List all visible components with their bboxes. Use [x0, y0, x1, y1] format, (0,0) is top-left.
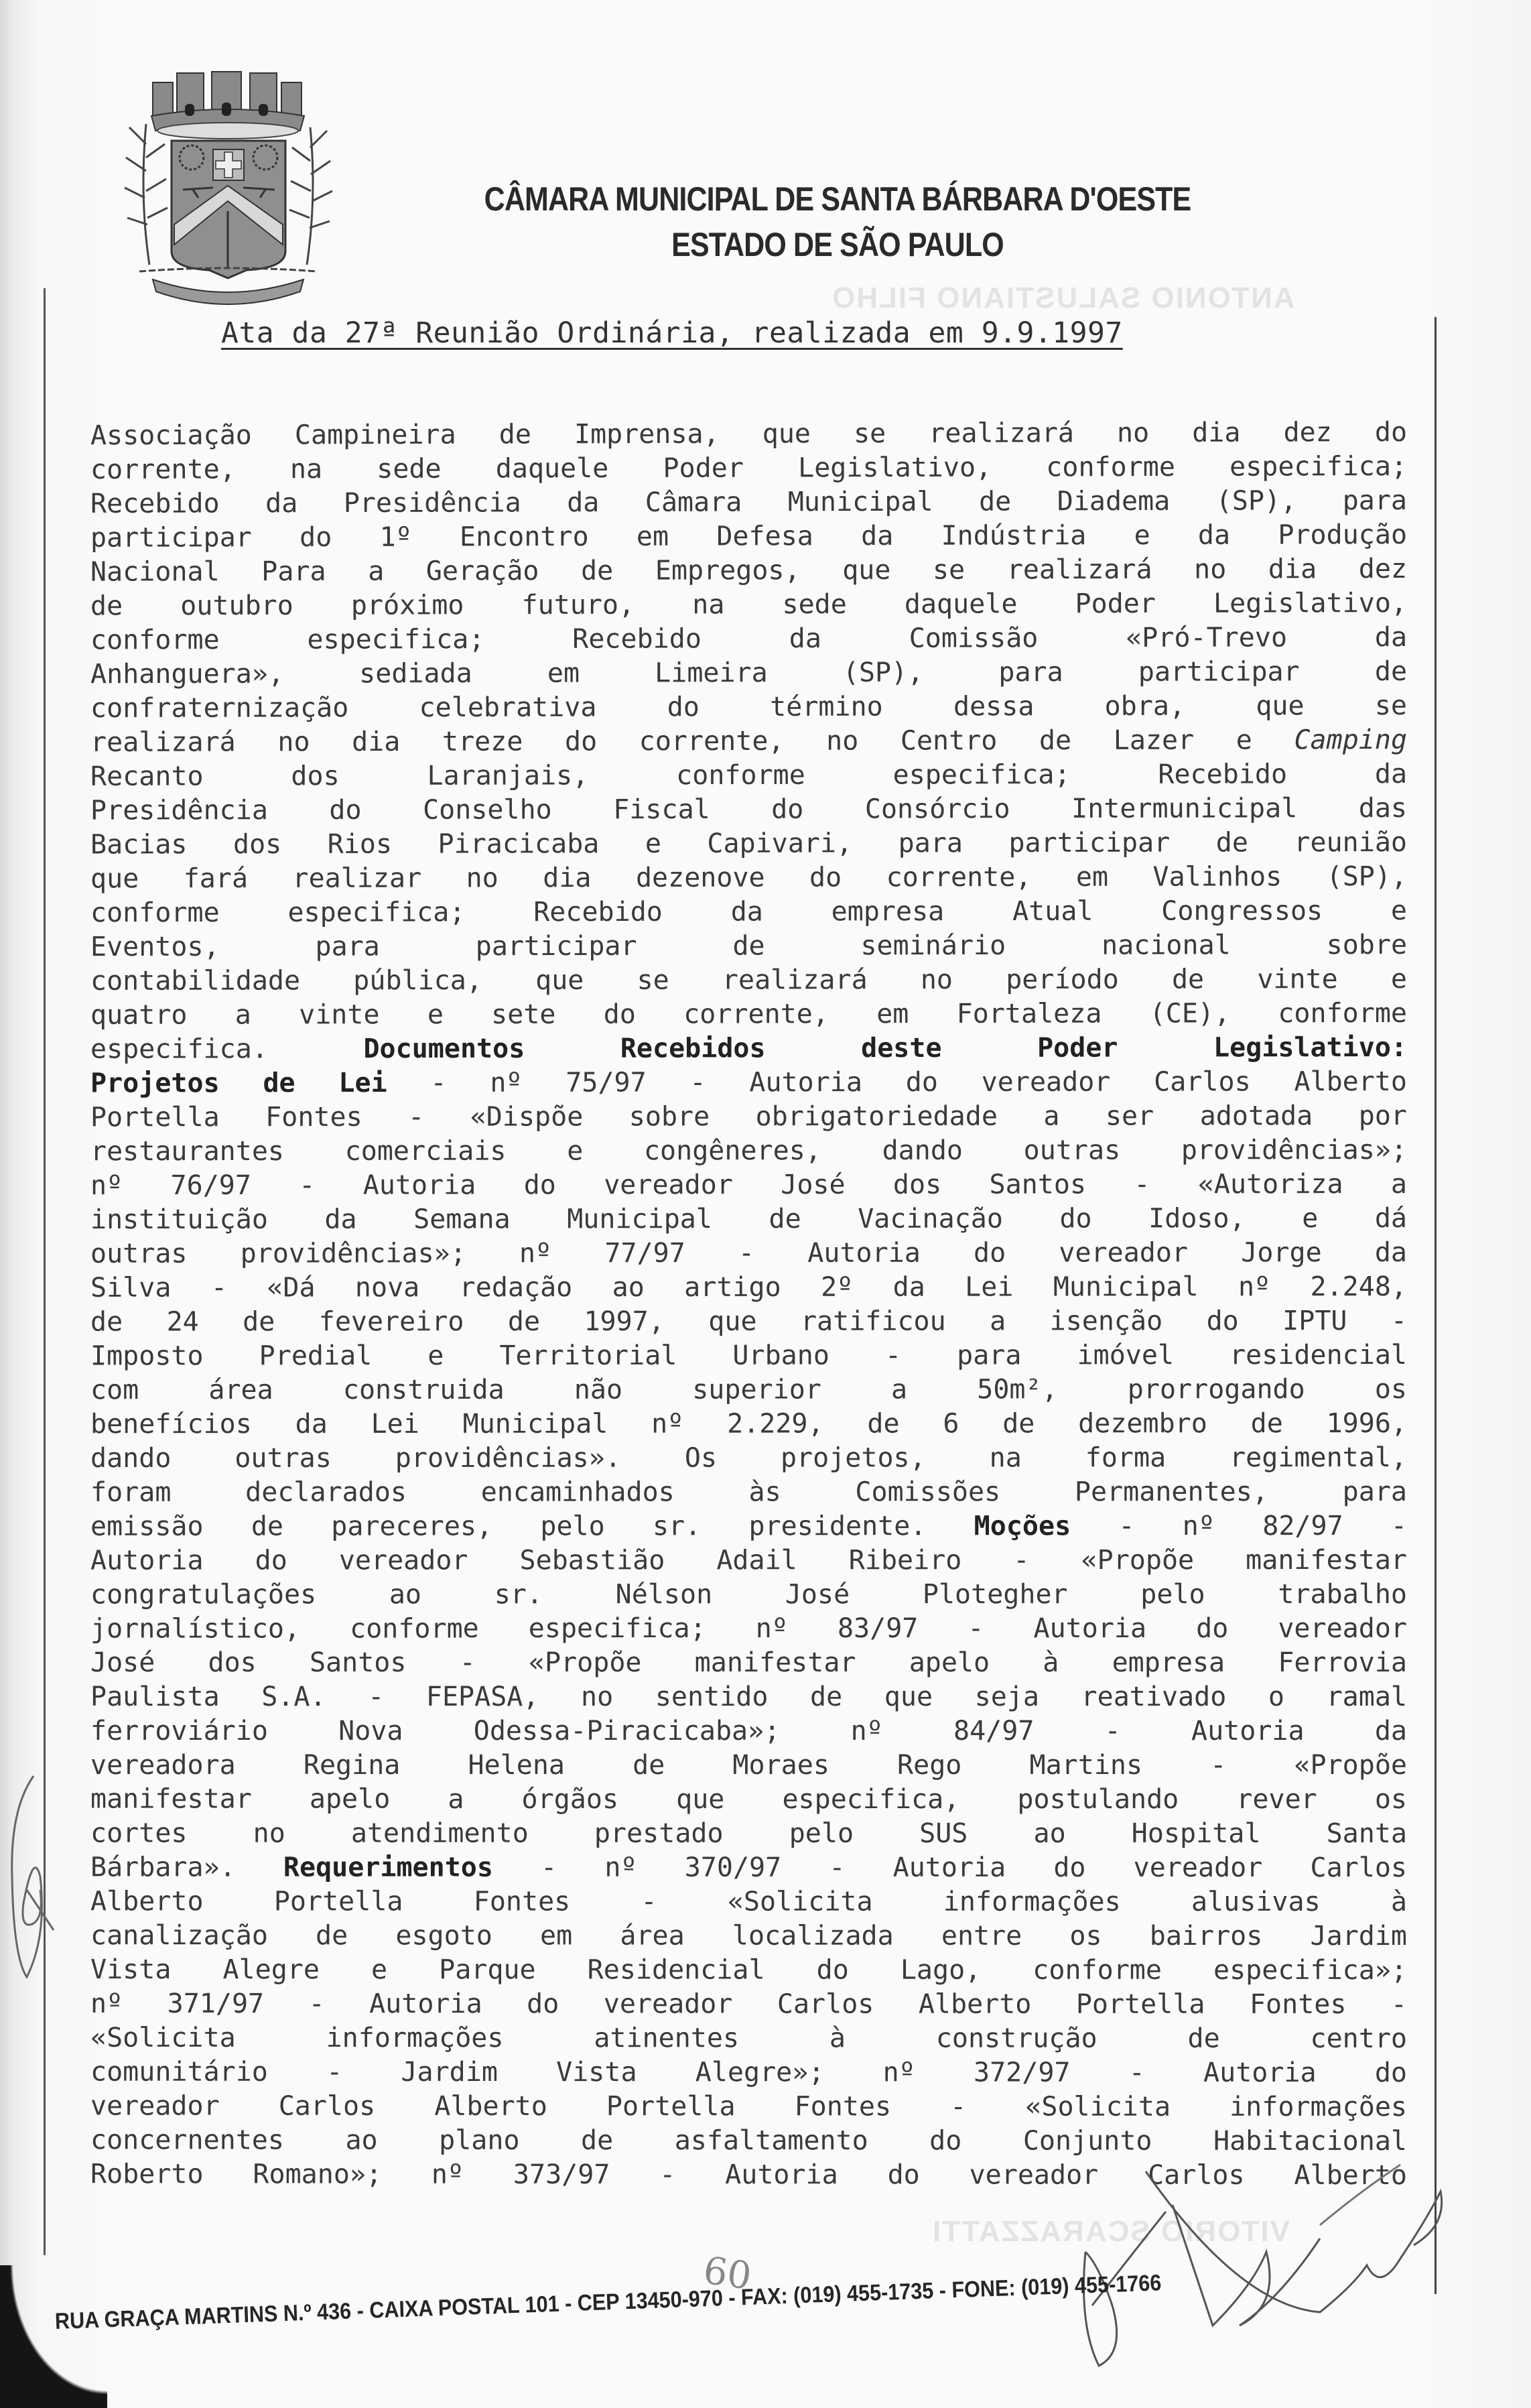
text-segment: Bárbara».	[90, 1852, 283, 1883]
text-segment: emissão de pareceres, pelo sr. president…	[90, 1511, 974, 1542]
text-segment: participar do 1º Encontro em Defesa da I…	[90, 519, 1407, 554]
text-segment: José dos Santos - «Propõe manifestar ape…	[90, 1647, 1407, 1678]
text-line: Autoria do vereador Sebastião Adail Ribe…	[90, 1543, 1407, 1578]
text-line: «Solicita informações atinentes à constr…	[90, 2021, 1407, 2056]
text-line: Paulista S.A. - FEPASA, no sentido de qu…	[90, 1680, 1407, 1714]
text-segment: confraternização celebrativa do término …	[90, 690, 1407, 724]
text-line: Anhanguera», sediada em Limeira (SP), pa…	[90, 655, 1407, 692]
text-segment: de outubro próximo futuro, na sede daque…	[90, 588, 1407, 621]
section-heading: Requerimentos	[283, 1852, 493, 1883]
text-line: instituição da Semana Municipal de Vacin…	[90, 1202, 1407, 1237]
text-line: especifica. Documentos Recebidos deste P…	[90, 1031, 1407, 1067]
bleed-through-text: ANTONIO SALUSTIANO FILHO	[831, 281, 1295, 315]
text-segment: especifica.	[90, 1033, 364, 1065]
text-segment: manifestar apelo a órgãos que especifica…	[90, 1784, 1407, 1815]
frame-line-right	[1435, 317, 1437, 2294]
text-line: vereadora Regina Helena de Moraes Rego M…	[90, 1749, 1407, 1783]
text-segment: Imposto Predial e Territorial Urbano - p…	[90, 1340, 1407, 1371]
text-segment: vereador Carlos Alberto Portella Fontes …	[90, 2090, 1407, 2122]
text-segment: jornalístico, conforme especifica; nº 83…	[90, 1613, 1407, 1644]
text-line: Nacional Para a Geração de Empregos, que…	[90, 552, 1407, 590]
text-line: confraternização celebrativa do término …	[90, 689, 1407, 726]
text-line: foram declarados encaminhados às Comissõ…	[90, 1475, 1407, 1510]
section-heading: Documentos Recebidos deste Poder Legisla…	[363, 1032, 1407, 1064]
text-segment: ferroviário Nova Odessa-Piracicaba»; nº …	[90, 1716, 1407, 1747]
text-segment: «Solicita informações atinentes à constr…	[90, 2023, 1407, 2054]
text-segment: instituição da Semana Municipal de Vacin…	[90, 1203, 1407, 1235]
text-segment: nº 76/97 - Autoria do vereador José dos …	[90, 1169, 1407, 1201]
text-line: Silva - «Dá nova redação ao artigo 2º da…	[90, 1270, 1407, 1306]
text-segment: Bacias dos Rios Piracicaba e Capivari, p…	[90, 827, 1407, 860]
binding-shadow	[0, 2265, 107, 2408]
text-line: Eventos, para participar de seminário na…	[90, 928, 1407, 964]
frame-line-left	[44, 288, 46, 2255]
text-line: Roberto Romano»; nº 373/97 - Autoria do …	[90, 2157, 1407, 2193]
minutes-title: Ata da 27ª Reunião Ordinária, realizada …	[221, 316, 1123, 350]
text-segment: Roberto Romano»; nº 373/97 - Autoria do …	[90, 2159, 1407, 2191]
text-line: benefícios da Lei Municipal nº 2.229, de…	[90, 1407, 1407, 1442]
text-segment: Anhanguera», sediada em Limeira (SP), pa…	[90, 656, 1407, 690]
text-segment: Nacional Para a Geração de Empregos, que…	[90, 554, 1407, 588]
text-line: Bacias dos Rios Piracicaba e Capivari, p…	[90, 826, 1407, 862]
text-segment: Silva - «Dá nova redação ao artigo 2º da…	[90, 1271, 1407, 1304]
text-segment: dando outras providências». Os projetos,…	[90, 1442, 1407, 1474]
text-line: nº 371/97 - Autoria do vereador Carlos A…	[90, 1987, 1407, 2022]
state-name: ESTADO DE SÃO PAULO	[348, 225, 1327, 264]
text-line: vereador Carlos Alberto Portella Fontes …	[90, 2089, 1407, 2125]
text-segment: Vista Alegre e Parque Residencial do Lag…	[90, 1954, 1407, 1986]
text-line: conforme especifica; Recebido da empresa…	[90, 894, 1407, 930]
text-line: com área construida não superior a 50m²,…	[90, 1373, 1407, 1407]
text-line: comunitário - Jardim Vista Alegre»; nº 3…	[90, 2055, 1407, 2090]
text-line: jornalístico, conforme especifica; nº 83…	[90, 1612, 1407, 1646]
text-segment: congratulações ao sr. Nélson José Ploteg…	[90, 1579, 1407, 1610]
section-heading: Moções	[974, 1511, 1071, 1541]
text-segment: Paulista S.A. - FEPASA, no sentido de qu…	[90, 1682, 1407, 1712]
text-segment: - nº 82/97 -	[1071, 1511, 1407, 1541]
text-line: cortes no atendimento prestado pelo SUS …	[90, 1817, 1407, 1851]
text-line: Vista Alegre e Parque Residencial do Lag…	[90, 1953, 1407, 1988]
text-line: que fará realizar no dia dezenove do cor…	[90, 860, 1407, 896]
text-segment: Associação Campineira de Imprensa, que s…	[90, 417, 1407, 451]
text-segment: - nº 370/97 - Autoria do vereador Carlos	[493, 1852, 1407, 1883]
text-segment: Presidência do Conselho Fiscal do Consór…	[90, 793, 1407, 826]
margin-signature-icon	[7, 1769, 60, 1984]
text-segment: outras providências»; nº 77/97 - Autoria…	[90, 1237, 1407, 1269]
text-line: Bárbara». Requerimentos - nº 370/97 - Au…	[90, 1850, 1407, 1885]
text-line: de 24 de fevereiro de 1997, que ratifico…	[90, 1304, 1407, 1340]
text-line: dando outras providências». Os projetos,…	[90, 1441, 1407, 1476]
text-line: concernentes ao plano de asfaltamento do…	[90, 2123, 1407, 2159]
text-line: Imposto Predial e Territorial Urbano - p…	[90, 1338, 1407, 1373]
text-line: José dos Santos - «Propõe manifestar ape…	[90, 1646, 1407, 1680]
text-line: de outubro próximo futuro, na sede daque…	[90, 586, 1407, 623]
text-segment: Portella Fontes - «Dispõe sobre obrigato…	[90, 1100, 1407, 1133]
text-segment: Recebido da Presidência da Câmara Munici…	[90, 485, 1407, 519]
text-segment: canalização de esgoto em área localizada…	[90, 1920, 1407, 1952]
section-heading: Projetos de Lei	[90, 1068, 387, 1099]
text-line: Presidência do Conselho Fiscal do Consór…	[90, 791, 1407, 828]
text-line: ferroviário Nova Odessa-Piracicaba»; nº …	[90, 1714, 1407, 1749]
text-segment: concernentes ao plano de asfaltamento do…	[90, 2125, 1407, 2157]
document-page: CÂMARA MUNICIPAL DE SANTA BÁRBARA D'OEST…	[0, 0, 1531, 2408]
text-segment: conforme especifica; Recebido da Comissã…	[90, 622, 1407, 655]
text-segment: realizará no dia treze do corrente, no C…	[90, 724, 1294, 758]
text-segment: Autoria do vereador Sebastião Adail Ribe…	[90, 1545, 1407, 1576]
text-segment: de 24 de fevereiro de 1997, que ratifico…	[90, 1306, 1407, 1338]
text-line: emissão de pareceres, pelo sr. president…	[90, 1509, 1407, 1544]
text-line: congratulações ao sr. Nélson José Ploteg…	[90, 1578, 1407, 1612]
text-line: contabilidade pública, que se realizará …	[90, 962, 1407, 999]
text-line: Recanto dos Laranjais, conforme especifi…	[90, 757, 1407, 794]
institution-name: CÂMARA MUNICIPAL DE SANTA BÁRBARA D'OEST…	[348, 180, 1327, 218]
text-segment: comunitário - Jardim Vista Alegre»; nº 3…	[90, 2057, 1407, 2088]
text-line: manifestar apelo a órgãos que especifica…	[90, 1783, 1407, 1817]
text-segment: que fará realizar no dia dezenove do cor…	[90, 861, 1407, 894]
text-line: nº 76/97 - Autoria do vereador José dos …	[90, 1167, 1407, 1203]
text-segment: Alberto Portella Fontes - «Solicita info…	[90, 1886, 1407, 1917]
text-segment: nº 371/97 - Autoria do vereador Carlos A…	[90, 1988, 1407, 2020]
text-segment: vereadora Regina Helena de Moraes Rego M…	[90, 1750, 1407, 1781]
text-segment: quatro a vinte e sete do corrente, em Fo…	[90, 998, 1407, 1031]
text-segment: contabilidade pública, que se realizará …	[90, 964, 1407, 997]
text-segment: - nº 75/97 - Autoria do vereador Carlos …	[387, 1066, 1407, 1098]
text-segment: corrente, na sede daquele Poder Legislat…	[90, 451, 1407, 485]
text-line: realizará no dia treze do corrente, no C…	[90, 723, 1407, 760]
coat-of-arms-icon	[113, 64, 344, 312]
text-line: Recebido da Presidência da Câmara Munici…	[90, 484, 1407, 521]
text-segment: conforme especifica; Recebido da empresa…	[90, 895, 1407, 928]
text-segment: foram declarados encaminhados às Comissõ…	[90, 1476, 1407, 1508]
italic-term: Camping	[1294, 724, 1407, 755]
text-line: Portella Fontes - «Dispõe sobre obrigato…	[90, 1099, 1407, 1135]
minutes-body: Associação Campineira de Imprensa, que s…	[90, 416, 1407, 2193]
footer-address: RUA GRAÇA MARTINS N.º 436 - CAIXA POSTAL…	[54, 2270, 1162, 2335]
text-segment: com área construida não superior a 50m²,…	[90, 1374, 1407, 1405]
text-line: outras providências»; nº 77/97 - Autoria…	[90, 1236, 1407, 1271]
text-line: participar do 1º Encontro em Defesa da I…	[90, 518, 1407, 556]
text-segment: Recanto dos Laranjais, conforme especifi…	[90, 759, 1407, 792]
text-line: Associação Campineira de Imprensa, que s…	[90, 416, 1407, 453]
text-line: conforme especifica; Recebido da Comissã…	[90, 621, 1407, 657]
text-segment: cortes no atendimento prestado pelo SUS …	[90, 1818, 1407, 1849]
text-segment: Eventos, para participar de seminário na…	[90, 930, 1407, 962]
text-segment: restaurantes comerciais e congêneres, da…	[90, 1135, 1407, 1167]
text-line: Projetos de Lei - nº 75/97 - Autoria do …	[90, 1065, 1407, 1101]
text-line: canalização de esgoto em área localizada…	[90, 1919, 1407, 1954]
text-line: restaurantes comerciais e congêneres, da…	[90, 1133, 1407, 1169]
text-line: corrente, na sede daquele Poder Legislat…	[90, 450, 1407, 487]
text-line: Alberto Portella Fontes - «Solicita info…	[90, 1885, 1407, 1919]
text-line: quatro a vinte e sete do corrente, em Fo…	[90, 997, 1407, 1033]
bleed-through-text: VITORIO SCARAZZATTI	[931, 2215, 1290, 2248]
text-segment: benefícios da Lei Municipal nº 2.229, de…	[90, 1408, 1407, 1440]
